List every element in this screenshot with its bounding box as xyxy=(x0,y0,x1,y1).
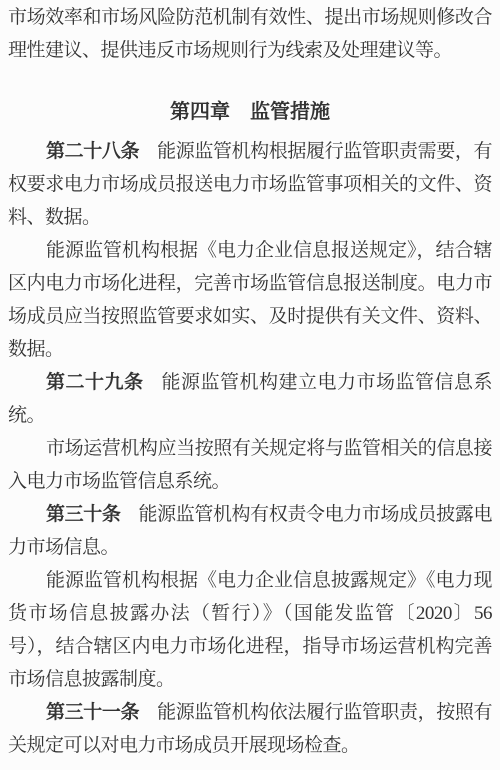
document-page: 市场效率和市场风险防范机制有效性、提出市场规则修改合理性建议、提供违反市场规则行… xyxy=(0,0,500,770)
article-paragraph: 第二十九条能源监管机构建立电力市场监管信息系统。 xyxy=(8,366,492,432)
body-paragraph: 能源监管机构根据《电力企业信息报送规定》，结合辖区内电力市场化进程，完善市场监管… xyxy=(8,234,492,366)
body-paragraph: 市场运营机构应当按照有关规定将与监管相关的信息接入电力市场监管信息系统。 xyxy=(8,432,492,498)
article-number: 第二十八条 xyxy=(46,141,139,162)
article-paragraph: 第三十条能源监管机构有权责令电力市场成员披露电力市场信息。 xyxy=(8,498,492,564)
body-paragraph: 能源监管机构根据《电力企业信息披露规定》《电力现货市场信息披露办法（暂行）》（国… xyxy=(8,564,492,696)
article-number: 第二十九条 xyxy=(46,372,143,393)
article-number: 第三十一条 xyxy=(46,702,139,723)
article-paragraph: 第三十一条能源监管机构依法履行监管职责，按照有关规定可以对电力市场成员开展现场检… xyxy=(8,696,492,762)
article-paragraph: 第二十八条能源监管机构根据履行监管职责需要，有权要求电力市场成员报送电力市场监管… xyxy=(8,135,492,234)
article-number: 第三十条 xyxy=(46,504,120,525)
continuation-paragraph: 市场效率和市场风险防范机制有效性、提出市场规则修改合理性建议、提供违反市场规则行… xyxy=(8,1,492,67)
articles-container: 第二十八条能源监管机构根据履行监管职责需要，有权要求电力市场成员报送电力市场监管… xyxy=(8,135,492,762)
chapter-heading: 第四章 监管措施 xyxy=(8,96,492,129)
